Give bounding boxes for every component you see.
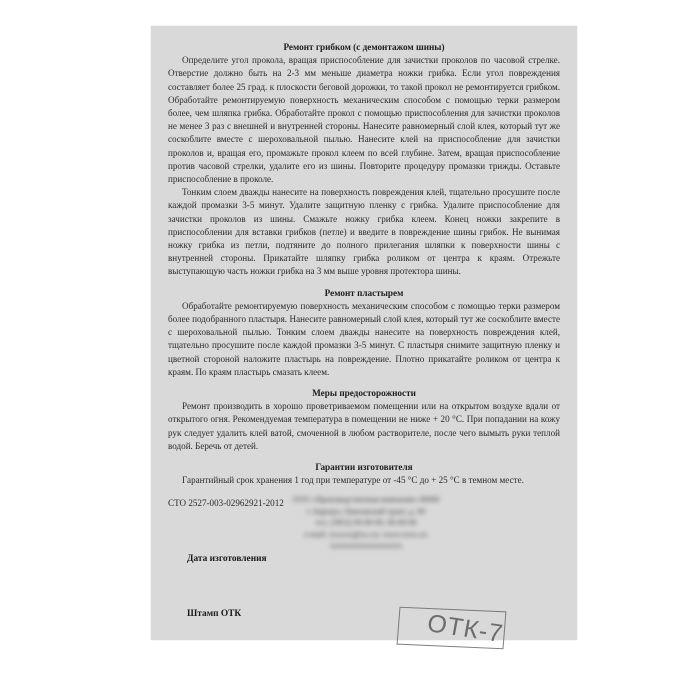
paragraph-precautions: Ремонт производить в хорошо проветриваем…	[168, 400, 560, 453]
document-page: Ремонт грибком (с демонтажом шины) Опред…	[151, 26, 577, 640]
heading-patch-repair: Ремонт пластырем	[168, 287, 560, 300]
qc-stamp-text: ОТК-7	[425, 609, 506, 649]
address-line: e-mail: xxxxxx@xx.xx; www.xxxx.xx	[281, 529, 451, 541]
paragraph-mushroom-1: Определите угол прокола, вращая приспосо…	[168, 54, 560, 186]
manufacturer-address-blurred: ООО «Производственная компания» 00000 г.…	[281, 494, 451, 552]
paragraph-patch: Обработайте ремонтируемую поверхность ме…	[168, 300, 560, 379]
address-line: ООО «Производственная компания» 00000	[281, 494, 451, 506]
paragraph-mushroom-2: Тонким слоем дважды нанесите на поверхно…	[168, 186, 560, 278]
manufacture-date-label: Дата изготовления	[187, 554, 267, 564]
heading-mushroom-repair: Ремонт грибком (с демонтажом шины)	[168, 41, 560, 54]
heading-warranty: Гарантии изготовителя	[168, 461, 560, 474]
qc-stamp-label: Штамп ОТК	[187, 609, 241, 619]
document-body: Ремонт грибком (с демонтажом шины) Опред…	[168, 41, 560, 510]
address-line: тел. (3852) 00-00-00, 00-00-00	[281, 517, 451, 529]
paragraph-warranty: Гарантийный срок хранения 1 год при темп…	[168, 474, 560, 487]
qc-stamp: ОТК-7	[397, 607, 507, 650]
heading-precautions: Меры предосторожности	[168, 387, 560, 400]
address-line: xxxxxxxxxxxxxxxxxx	[281, 540, 451, 552]
address-line: г. Барнаул, Павловский тракт, д. 00	[281, 506, 451, 518]
